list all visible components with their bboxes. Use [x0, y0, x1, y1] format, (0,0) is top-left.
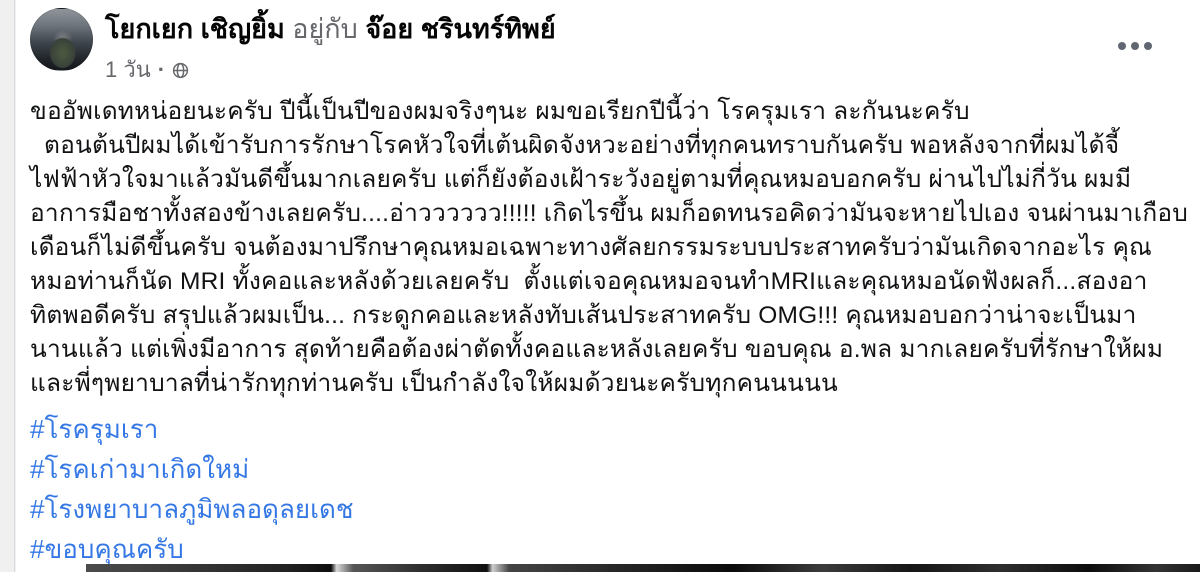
post-body: ขออัพเดทหน่อยนะครับ ปีนี้เป็นปีของผมจริง…: [16, 87, 1200, 401]
attached-photo-top-edge[interactable]: [86, 564, 1200, 572]
author-row: โยกเยก เชิญยิ้ม อยู่กับ จ๊อย ชรินทร์ทิพย…: [105, 12, 556, 46]
post-text-line: นานแล้ว แต่เพิ่งมีอาการ สุดท้ายคือต้องผ่…: [30, 333, 1190, 367]
post-options-button[interactable]: [1112, 36, 1158, 56]
post-text-line: อาการมือชาทั้งสองข้างเลยครับ....อ่าววววว…: [30, 197, 1190, 231]
hashtag-link[interactable]: #โรคเก่ามาเกิดใหม่: [30, 449, 1190, 489]
tagged-friend-link[interactable]: จ๊อย ชรินทร์ทิพย์: [365, 14, 555, 44]
meta-separator: ·: [158, 57, 165, 83]
hashtag-link[interactable]: #โรงพยาบาลภูมิพลอดุลยเดช: [30, 489, 1190, 529]
post-text-line: ขออัพเดทหน่อยนะครับ ปีนี้เป็นปีของผมจริง…: [30, 95, 1190, 129]
post-header: โยกเยก เชิญยิ้ม อยู่กับ จ๊อย ชรินทร์ทิพย…: [16, 0, 1200, 87]
post-header-text: โยกเยก เชิญยิ้ม อยู่กับ จ๊อย ชรินทร์ทิพย…: [105, 8, 556, 87]
with-label: อยู่กับ: [292, 14, 365, 44]
hashtag-link[interactable]: #โรครุมเรา: [30, 409, 1190, 449]
post-text-line: เดือนก็ไม่ดีขึ้นครับ จนต้องมาปรึกษาคุณหม…: [30, 231, 1190, 265]
post-text-line: ไฟฟ้าหัวใจมาแล้วมันดีขึ้นมากเลยครับ แต่ก…: [30, 163, 1190, 197]
globe-privacy-icon: [172, 62, 189, 79]
avatar[interactable]: [30, 8, 93, 71]
author-name-link[interactable]: โยกเยก เชิญยิ้ม: [105, 14, 285, 44]
dot-icon: [1118, 42, 1126, 50]
post-card: โยกเยก เชิญยิ้ม อยู่กับ จ๊อย ชรินทร์ทิพย…: [16, 0, 1200, 572]
page-left-gutter: [0, 0, 15, 572]
hashtag-list: #โรครุมเรา #โรคเก่ามาเกิดใหม่ #โรงพยาบาล…: [16, 401, 1200, 569]
facebook-post-page: โยกเยก เชิญยิ้ม อยู่กับ จ๊อย ชรินทร์ทิพย…: [0, 0, 1200, 572]
hashtag-link[interactable]: #ขอบคุณครับ: [30, 529, 1190, 569]
post-text-line: และพี่ๆพยาบาลที่น่ารักทุกท่านครับ เป็นกำ…: [30, 367, 1190, 401]
timestamp-link[interactable]: 1 วัน: [105, 52, 151, 87]
post-text-line: ตอนต้นปีผมได้เข้ารับการรักษาโรคหัวใจที่เ…: [30, 129, 1190, 163]
post-text-line: ทิตพอดีครับ สรุปแล้วผมเป็น... กระดูกคอแล…: [30, 299, 1190, 333]
dot-icon: [1131, 42, 1139, 50]
dot-icon: [1144, 42, 1152, 50]
post-meta: 1 วัน ·: [105, 52, 556, 87]
post-text-line: หมอท่านก็นัด MRI ทั้งคอและหลังด้วยเลยครั…: [30, 265, 1190, 299]
